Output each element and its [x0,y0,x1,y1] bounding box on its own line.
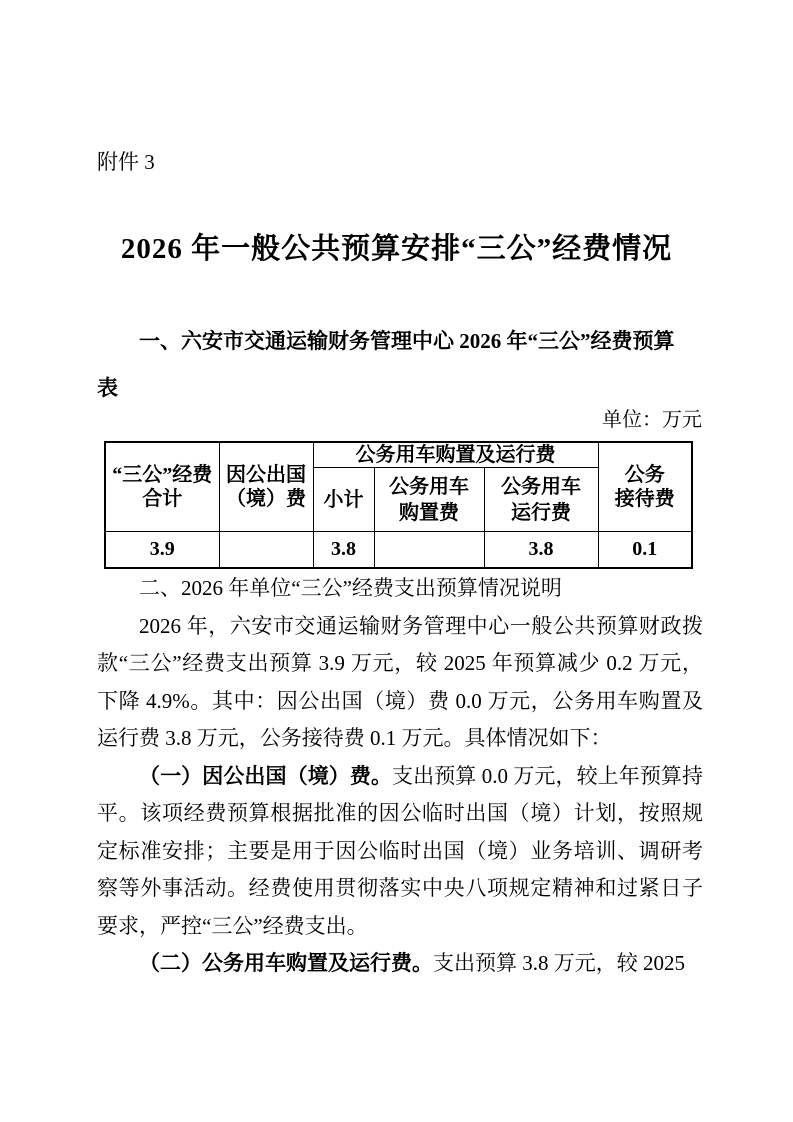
paragraph-vehicle-lead: （二）公务用车购置及运行费。 [139,951,433,975]
table-data-row: 3.9 3.8 3.8 0.1 [105,532,692,568]
table-header-row-1: “三公”经费 合计 因公出国 （境）费 公务用车购置及运行费 公务 接待费 [105,442,692,468]
document-title: 2026 年一般公共预算安排“三公”经费情况 [0,226,793,267]
header-reception-fee: 公务 接待费 [598,442,692,532]
header-vehicle-operation: 公务用车 运行费 [484,468,598,532]
attachment-label: 附件 3 [97,149,155,176]
header-vehicle-group: 公务用车购置及运行费 [313,442,598,468]
value-vehicle-operation: 3.8 [484,532,598,568]
header-vehicle-purchase: 公务用车 购置费 [374,468,484,532]
section-two: 二、2026 年单位“三公”经费支出预算情况说明 2026 年，六安市交通运输财… [97,570,703,983]
value-sangong-total: 3.9 [105,532,219,568]
paragraph-abroad: （一）因公出国（境）费。支出预算 0.0 万元，较上年预算持平。该项经费预算根据… [97,758,703,946]
header-abroad-fee: 因公出国 （境）费 [219,442,313,532]
header-sangong-total: “三公”经费 合计 [105,442,219,532]
paragraph-vehicle-text: 支出预算 3.8 万元，较 2025 [433,951,685,975]
value-vehicle-purchase [374,532,484,568]
document-page: 附件 3 2026 年一般公共预算安排“三公”经费情况 一、六安市交通运输财务管… [0,0,793,1122]
value-abroad-fee [219,532,313,568]
budget-table: “三公”经费 合计 因公出国 （境）费 公务用车购置及运行费 公务 接待费 小计… [104,441,693,569]
section-one-heading: 一、六安市交通运输财务管理中心 2026 年“三公”经费预算 表 [97,318,703,412]
value-reception-fee: 0.1 [598,532,692,568]
value-vehicle-subtotal: 3.8 [313,532,374,568]
header-vehicle-subtotal: 小计 [313,468,374,532]
paragraph-abroad-text: 支出预算 0.0 万元，较上年预算持平。该项经费预算根据批准的因公临时出国（境）… [97,764,703,938]
table-unit-note: 单位：万元 [602,406,702,434]
paragraph-overview: 2026 年，六安市交通运输财务管理中心一般公共预算财政拨款“三公”经费支出预算… [97,608,703,758]
paragraph-abroad-lead: （一）因公出国（境）费。 [139,764,392,788]
paragraph-vehicle: （二）公务用车购置及运行费。支出预算 3.8 万元，较 2025 [97,945,703,983]
section-two-heading: 二、2026 年单位“三公”经费支出预算情况说明 [97,570,703,608]
